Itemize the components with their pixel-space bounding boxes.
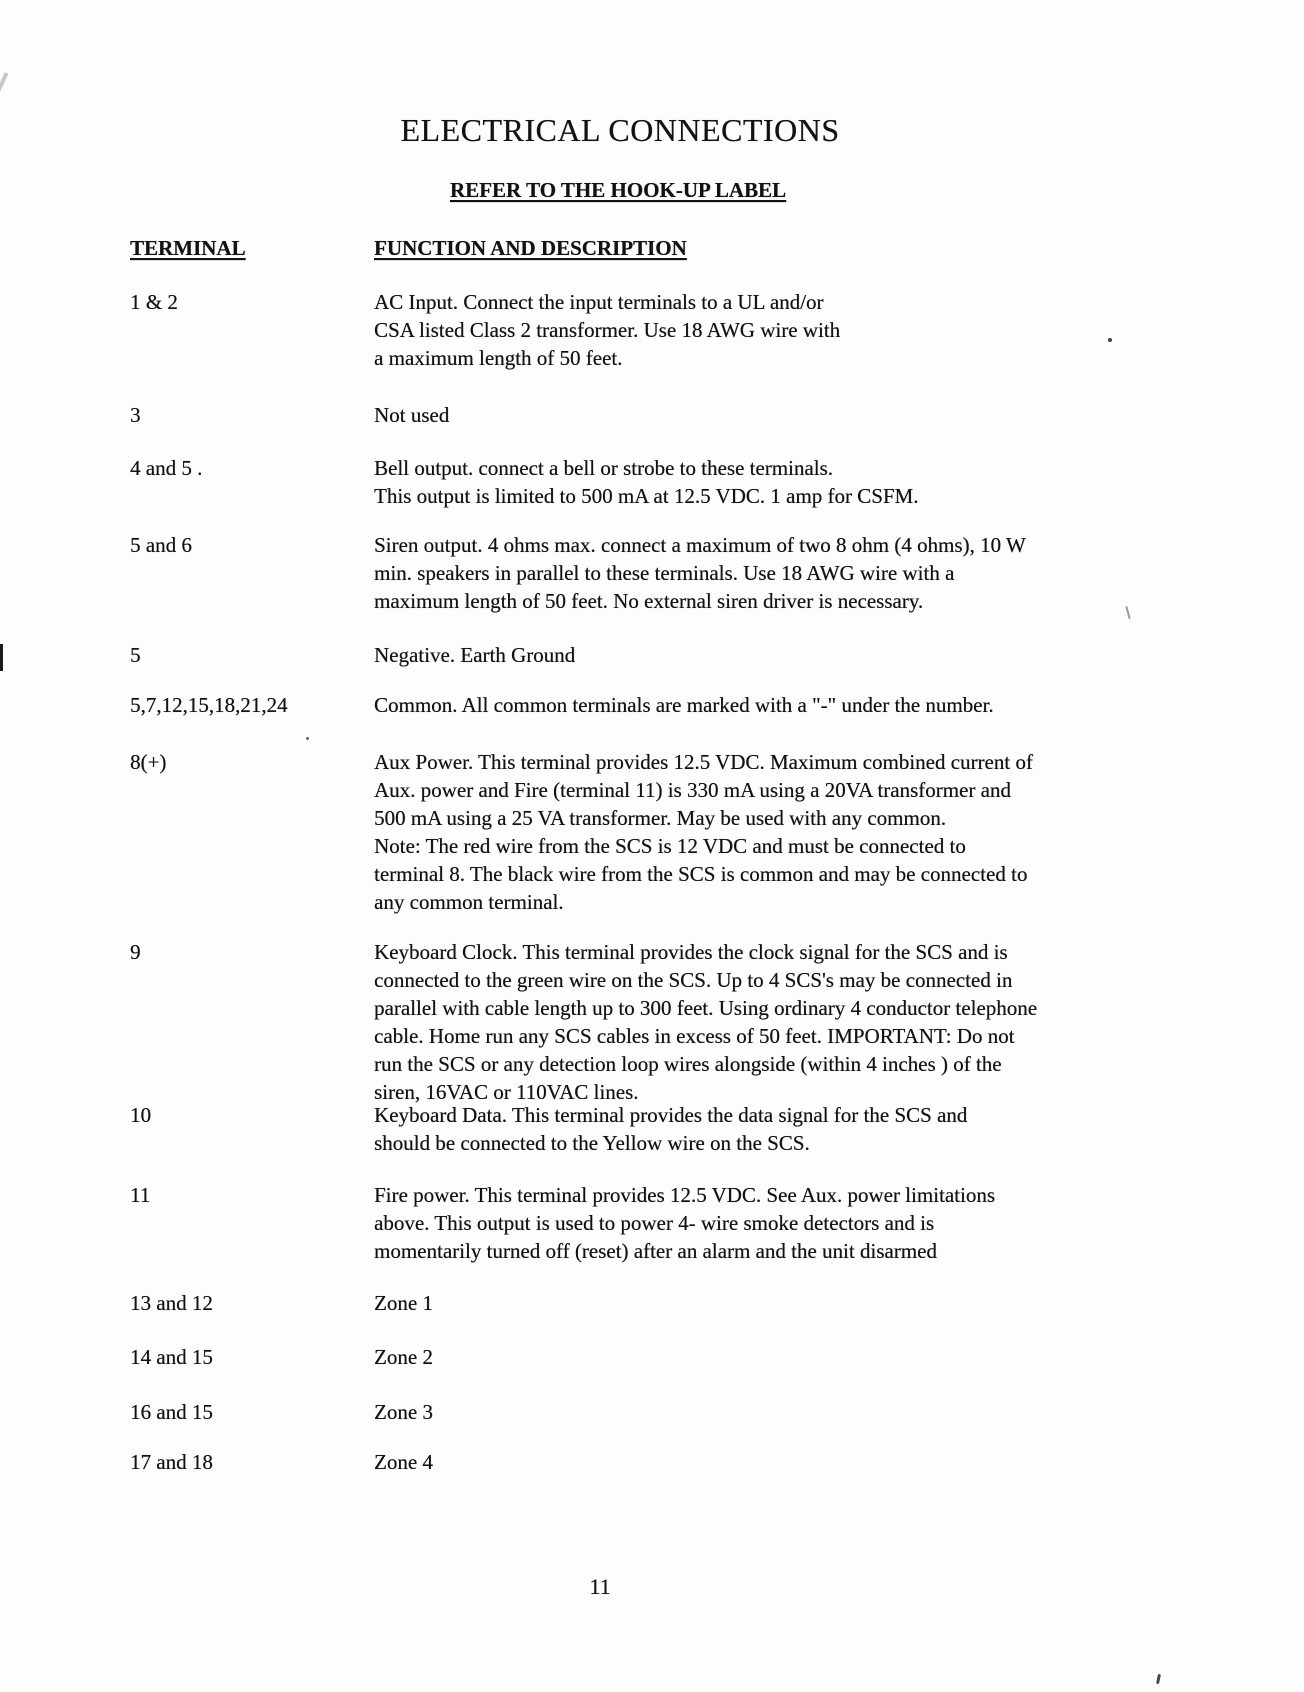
terminal-cell: 1 & 2 (130, 288, 360, 316)
page-subtitle: REFER TO THE HOOK-UP LABEL (0, 178, 1236, 203)
scan-artifact-dot-mid (306, 737, 309, 740)
terminal-cell: 11 (130, 1181, 360, 1209)
description-cell: Zone 4 (374, 1448, 1114, 1476)
scan-artifact-left-tick (0, 644, 3, 671)
description-cell: Not used (374, 401, 1114, 429)
column-header-terminal: TERMINAL (130, 236, 246, 261)
description-cell: Zone 1 (374, 1289, 1114, 1317)
description-cell: AC Input. Connect the input terminals to… (374, 288, 1114, 372)
terminal-cell: 8(+) (130, 748, 360, 776)
page-number: 11 (560, 1574, 640, 1600)
description-cell: Keyboard Data. This terminal provides th… (374, 1101, 1114, 1157)
scan-artifact-top-left (0, 72, 8, 94)
terminal-cell: 9 (130, 938, 360, 966)
page-title: ELECTRICAL CONNECTIONS (0, 112, 1240, 149)
scan-artifact-backslash (1125, 606, 1130, 619)
description-cell: Bell output. connect a bell or strobe to… (374, 454, 1114, 510)
description-cell: Common. All common terminals are marked … (374, 691, 1114, 719)
description-cell: Zone 3 (374, 1398, 1114, 1426)
scan-artifact-dot-right (1108, 338, 1112, 342)
description-cell: Aux Power. This terminal provides 12.5 V… (374, 748, 1114, 916)
description-cell: Keyboard Clock. This terminal provides t… (374, 938, 1114, 1106)
terminal-cell: 5,7,12,15,18,21,24 (130, 691, 360, 719)
description-cell: Siren output. 4 ohms max. connect a maxi… (374, 531, 1114, 615)
terminal-cell: 4 and 5 . (130, 454, 360, 482)
description-cell: Negative. Earth Ground (374, 641, 1114, 669)
terminal-cell: 16 and 15 (130, 1398, 360, 1426)
terminal-cell: 5 and 6 (130, 531, 360, 559)
terminal-cell: 3 (130, 401, 360, 429)
terminal-cell: 13 and 12 (130, 1289, 360, 1317)
document-page: ELECTRICAL CONNECTIONS REFER TO THE HOOK… (0, 0, 1304, 1692)
terminal-cell: 14 and 15 (130, 1343, 360, 1371)
column-header-function: FUNCTION AND DESCRIPTION (374, 236, 687, 261)
terminal-cell: 5 (130, 641, 360, 669)
scan-artifact-comma-bottom (1156, 1674, 1161, 1684)
description-cell: Fire power. This terminal provides 12.5 … (374, 1181, 1114, 1265)
terminal-cell: 17 and 18 (130, 1448, 360, 1476)
terminal-cell: 10 (130, 1101, 360, 1129)
description-cell: Zone 2 (374, 1343, 1114, 1371)
